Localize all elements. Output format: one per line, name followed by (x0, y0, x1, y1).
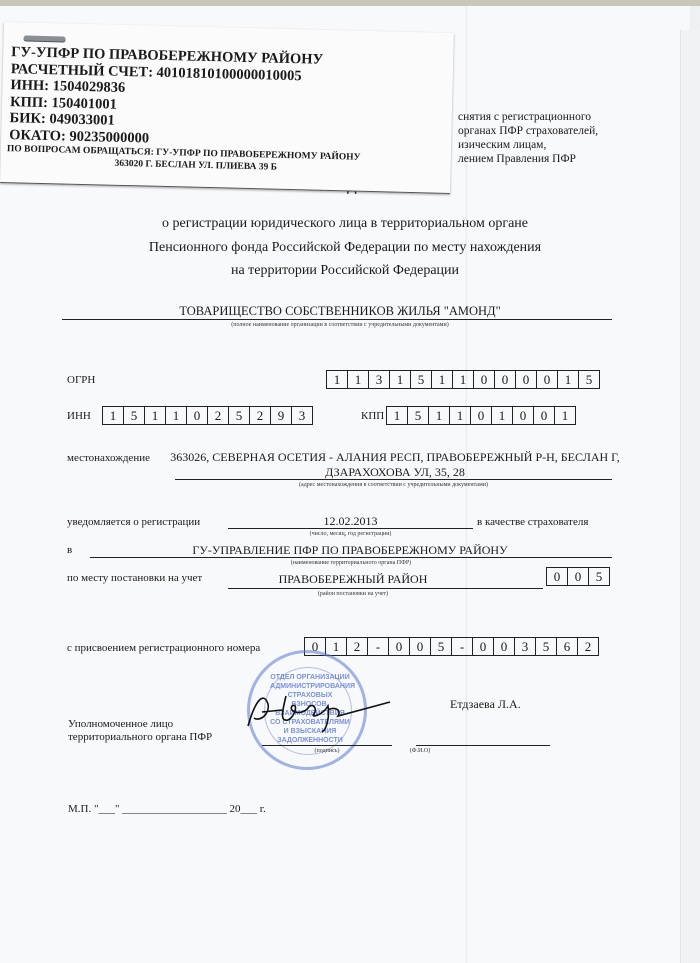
inn-field: 1511025293 (102, 406, 313, 425)
ogrn-digit-cell: 1 (558, 371, 579, 388)
reg-number-digit-cell: 5 (431, 638, 452, 655)
divider (228, 528, 473, 529)
kpp-digit-cell: 0 (471, 407, 492, 424)
reg-number-digit-cell: 6 (557, 638, 578, 655)
paper-clip-icon (24, 35, 66, 41)
kpp-digit-cell: 5 (408, 407, 429, 424)
divider (175, 479, 612, 480)
title-line-1: о регистрации юридического лица в террит… (0, 216, 690, 232)
kpp-field: 151101001 (386, 406, 576, 425)
header-note-line: снятия с регистрационного (458, 110, 598, 124)
registration-label: уведомляется о регистрации (67, 516, 200, 528)
inn-digit-cell: 2 (250, 407, 271, 424)
inn-digit-cell: 5 (124, 407, 145, 424)
ogrn-digit-cell: 1 (327, 371, 348, 388)
inn-digit-cell: 1 (166, 407, 187, 424)
kpp-digit-cell: 1 (450, 407, 471, 424)
ogrn-digit-cell: 1 (453, 371, 474, 388)
address-hint: (адрес местонахождения в соответствии с … (175, 482, 612, 488)
ogrn-digit-cell: 5 (579, 371, 599, 388)
inn-digit-cell: 3 (292, 407, 312, 424)
official-name: Етдзаева Л.А. (450, 697, 521, 712)
authority-line-1: Уполномоченное лицо (68, 718, 173, 730)
header-note: снятия с регистрационного органах ПФР ст… (458, 110, 598, 166)
registration-date-hint: (число, месяц, год регистрации) (228, 531, 473, 537)
kpp-digit-cell: 0 (513, 407, 534, 424)
divider (228, 588, 543, 589)
ogrn-digit-cell: 0 (495, 371, 516, 388)
district-label: по месту постановки на учет (67, 572, 202, 584)
header-note-line: изическим лицам, (458, 138, 598, 152)
header-note-line: лением Правления ПФР (458, 152, 598, 166)
ogrn-digit-cell: 0 (516, 371, 537, 388)
reg-number-digit-cell: 5 (536, 638, 557, 655)
kpp-digit-cell: 1 (492, 407, 513, 424)
ogrn-digit-cell: 1 (390, 371, 411, 388)
ogrn-digit-cell: 1 (432, 371, 453, 388)
ogrn-digit-cell: 1 (348, 371, 369, 388)
divider (62, 319, 612, 320)
district-code-digit-cell: 5 (589, 568, 609, 585)
ogrn-field: 1131511000015 (326, 370, 600, 389)
inn-digit-cell: 2 (208, 407, 229, 424)
inn-digit-cell: 5 (229, 407, 250, 424)
page-edge (680, 30, 700, 963)
kpp-digit-cell: 1 (555, 407, 575, 424)
inn-digit-cell: 9 (271, 407, 292, 424)
reg-number-digit-cell: 2 (347, 638, 368, 655)
title-line-3: на территории Российской Федерации (0, 263, 690, 279)
reg-number-digit-cell: 3 (515, 638, 536, 655)
organization-hint: (полное наименование организации в соотв… (60, 322, 620, 328)
ogrn-digit-cell: 0 (537, 371, 558, 388)
signature-icon (242, 688, 392, 733)
reg-number-digit-cell: 1 (326, 638, 347, 655)
signature-line (262, 745, 392, 746)
ogrn-digit-cell: 5 (411, 371, 432, 388)
territorial-organ-hint: (наименование территориального органа ПФ… (90, 560, 612, 566)
district-hint: (район постановки на учет) (228, 591, 478, 597)
payment-details-sticker: ГУ-УПФР ПО ПРАВОБЕРЕЖНОМУ РАЙОНУ РАСЧЕТН… (0, 22, 454, 194)
reg-number-digit-cell: 2 (578, 638, 598, 655)
divider (90, 557, 612, 558)
district-code-digit-cell: 0 (547, 568, 568, 585)
registration-suffix: в качестве страхователя (477, 516, 588, 528)
reg-number-label: с присвоением регистрационного номера (67, 642, 260, 654)
reg-number-digit-cell: 0 (389, 638, 410, 655)
title-line-2: Пенсионного фонда Российской Федерации п… (0, 240, 690, 256)
district-code-field: 005 (546, 567, 610, 586)
ogrn-digit-cell: 3 (369, 371, 390, 388)
kpp-digit-cell: 1 (429, 407, 450, 424)
ogrn-digit-cell: 0 (474, 371, 495, 388)
inn-digit-cell: 1 (103, 407, 124, 424)
kpp-digit-cell: 1 (387, 407, 408, 424)
address-label: местонахождение (67, 452, 150, 464)
inn-label: ИНН (67, 410, 91, 422)
inn-digit-cell: 0 (187, 407, 208, 424)
reg-number-digit-cell: 0 (494, 638, 515, 655)
signature-hint: (подпись) (262, 748, 392, 754)
registration-date: 12.02.2013 (228, 514, 473, 529)
name-hint: (Ф.И.О) (400, 748, 440, 754)
organization-name: ТОВАРИЩЕСТВО СОБСТВЕННИКОВ ЖИЛЬЯ "АМОНД" (60, 304, 620, 319)
territorial-organ: ГУ-УПРАВЛЕНИЕ ПФР ПО ПРАВОБЕРЕЖНОМУ РАЙО… (90, 543, 610, 558)
seal-date-line: М.П. "___" ___________________ 20___ г. (68, 803, 266, 815)
organ-prefix: в (67, 544, 72, 556)
reg-number-field: 012-005-003562 (304, 637, 599, 656)
reg-number-digit-cell: - (452, 638, 473, 655)
reg-number-digit-cell: 0 (473, 638, 494, 655)
header-note-line: органах ПФР страхователей, (458, 124, 598, 138)
address-line-2: ДЗАРАХОХОВА УЛ, 35, 28 (170, 465, 620, 480)
address-line-1: 363026, СЕВЕРНАЯ ОСЕТИЯ - АЛАНИЯ РЕСП, П… (170, 450, 620, 465)
district-code-digit-cell: 0 (568, 568, 589, 585)
district-value: ПРАВОБЕРЕЖНЫЙ РАЙОН (228, 572, 478, 587)
name-line (416, 745, 550, 746)
reg-number-digit-cell: 0 (410, 638, 431, 655)
kpp-label: КПП (361, 410, 384, 422)
authority-line-2: территориального органа ПФР (68, 731, 212, 743)
ogrn-label: ОГРН (67, 374, 95, 386)
inn-digit-cell: 1 (145, 407, 166, 424)
kpp-digit-cell: 0 (534, 407, 555, 424)
reg-number-digit-cell: - (368, 638, 389, 655)
